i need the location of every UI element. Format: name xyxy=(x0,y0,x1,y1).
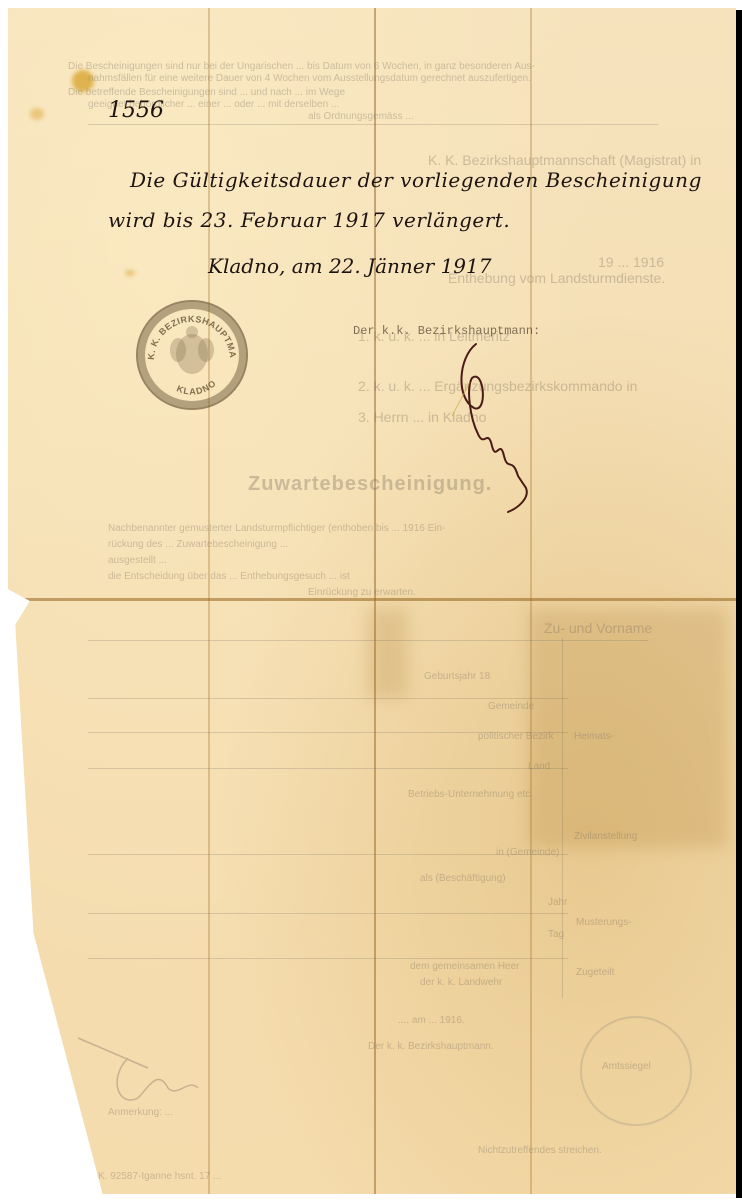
handwritten-place-date: Kladno, am 22. Jänner 1917 xyxy=(208,254,491,278)
reverse-field: Geburtsjahr 18 xyxy=(424,670,490,683)
stain xyxy=(125,270,135,276)
water-stain xyxy=(368,608,408,698)
reverse-field: Zu- und Vorname xyxy=(544,622,652,635)
svg-text:KLADNO: KLADNO xyxy=(175,378,218,397)
official-stamp-text: Der k.k. Bezirkshauptmann: xyxy=(353,324,540,338)
pencil-signature xyxy=(68,1028,208,1118)
reverse-body-line: ausgestellt ... xyxy=(108,554,167,567)
reverse-field: als (Beschäftigung) xyxy=(420,872,506,885)
reverse-field: Zugeteilt xyxy=(576,966,614,979)
reverse-field: Heimats- xyxy=(574,730,614,743)
signature xyxy=(448,338,558,518)
reverse-body-line: Nachbenannter gemusterter Landsturmpflic… xyxy=(108,522,445,535)
reverse-seal-label: Amtssiegel xyxy=(602,1060,651,1073)
reverse-field: Musterungs- xyxy=(576,916,632,929)
reverse-footer: K. 92587-Iganne hsnt. 17 ... xyxy=(98,1170,221,1183)
reverse-body-line: Einrückung zu erwarten. xyxy=(308,586,416,599)
stain xyxy=(30,108,44,120)
reverse-field: Betriebs-Unternehmung etc. xyxy=(408,788,533,801)
reverse-header-line: als Ordnungsgemäss ... xyxy=(308,110,414,123)
reverse-field: Land xyxy=(528,760,550,773)
seal-stamp: K. K. BEZIRKSHAUPTMANNSCHAFT KLADNO xyxy=(136,300,248,410)
reverse-body-line: rückung des ... Zuwartebescheinigung ... xyxy=(108,538,288,551)
document-sheet: Die Bescheinigungen sind nur bei der Ung… xyxy=(8,8,736,1194)
water-stain xyxy=(528,608,728,848)
reverse-field: Jahr xyxy=(548,896,567,909)
reverse-footer: ..., am ... 1916. xyxy=(398,1014,465,1027)
reverse-footer: Nichtzutreffendes streichen. xyxy=(478,1144,602,1157)
handwritten-line-2: wird bis 23. Februar 1917 verlängert. xyxy=(108,208,510,232)
reverse-field: in (Gemeinde) xyxy=(496,846,559,859)
reverse-office-line: K. K. Bezirkshauptmannschaft (Magistrat)… xyxy=(428,154,701,167)
reverse-date: 19 ... 1916 xyxy=(598,256,664,269)
reverse-field: Gemeinde xyxy=(488,700,534,713)
scan-edge xyxy=(736,10,742,1198)
reverse-field: Zivilanstellung xyxy=(574,830,637,843)
reverse-header-line: nahmsfällen für eine weitere Dauer von 4… xyxy=(88,72,531,85)
reverse-footer: Der k. k. Bezirkshauptmann. xyxy=(368,1040,494,1053)
file-number: 1556 xyxy=(108,98,164,123)
seal-emblem-icon: K. K. BEZIRKSHAUPTMANNSCHAFT KLADNO xyxy=(138,302,246,408)
reverse-field: Tag xyxy=(548,928,564,941)
reverse-field: dem gemeinsamen Heer xyxy=(410,960,520,973)
reverse-field: der k. k. Landwehr xyxy=(420,976,502,989)
reverse-field: politischer Bezirk xyxy=(478,730,554,743)
handwritten-line-1: Die Gültigkeitsdauer der vorliegenden Be… xyxy=(130,168,702,192)
reverse-body-line: die Entscheidung über das ... Enthebungs… xyxy=(108,570,350,583)
